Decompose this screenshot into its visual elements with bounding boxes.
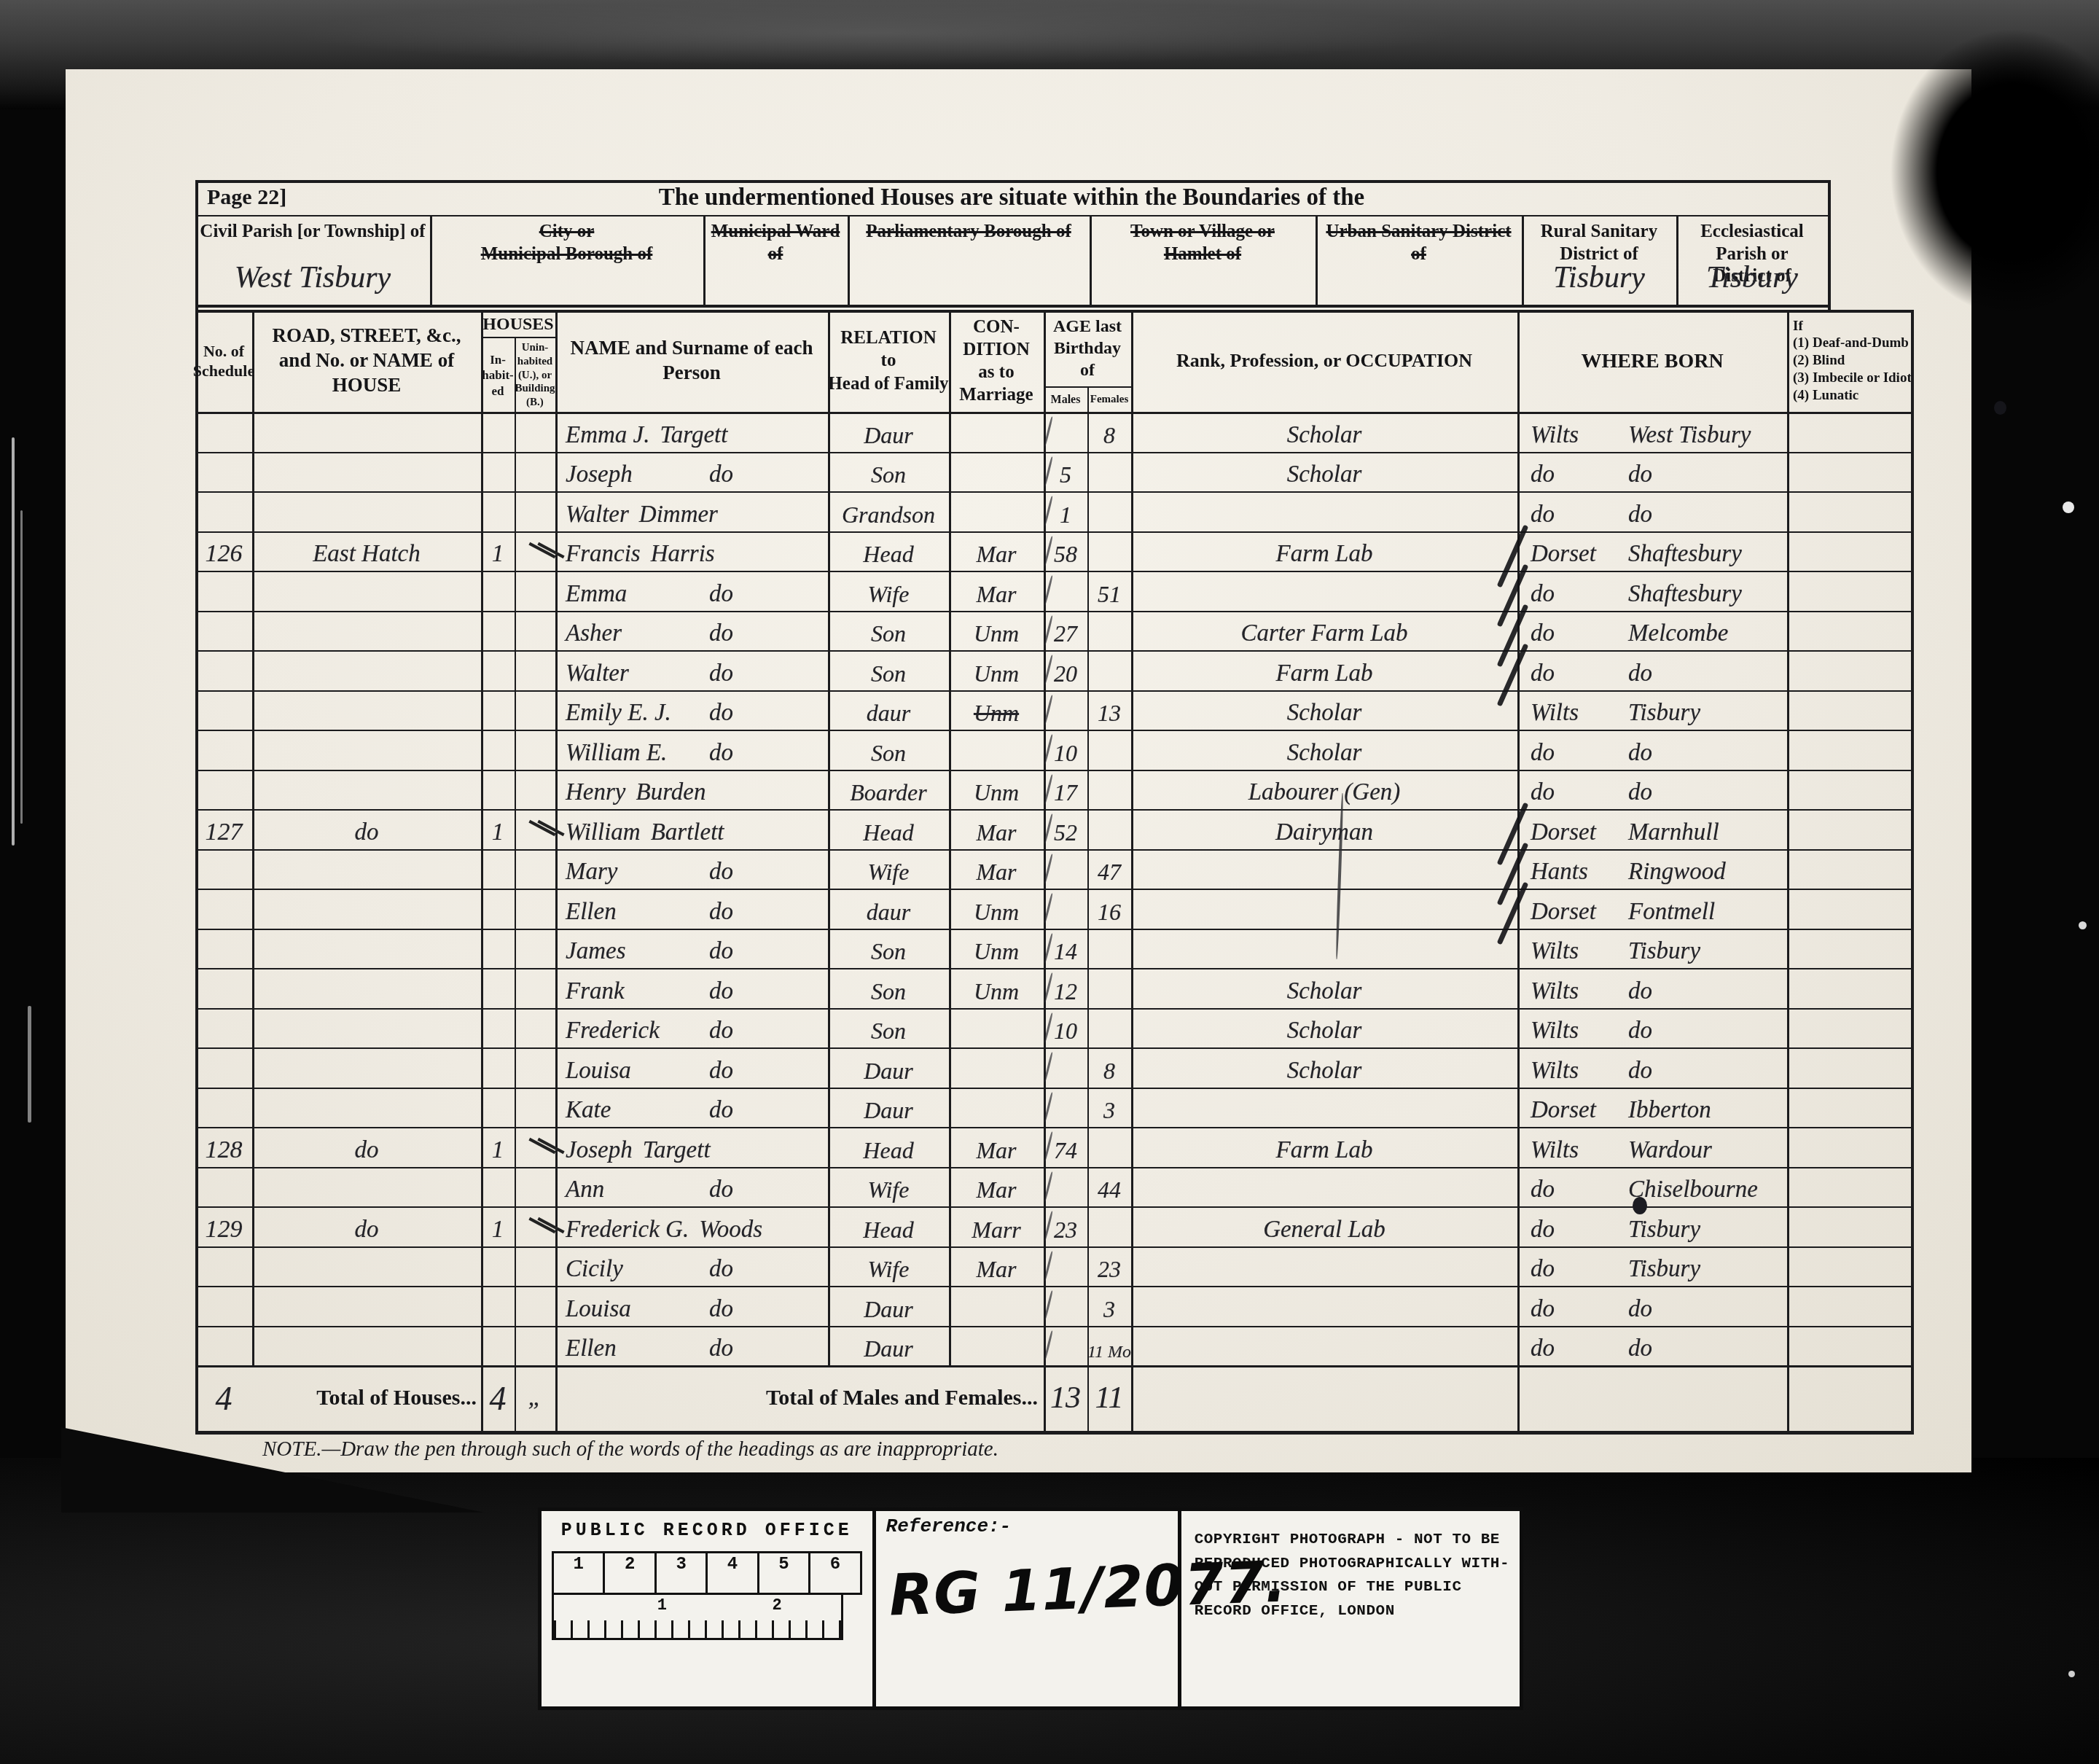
condition-cell-text: Mar (976, 1137, 1016, 1164)
name-given: Ann (566, 1176, 604, 1203)
condition-cell: Mar (949, 809, 1044, 849)
age-female-cell: 51 (1087, 571, 1131, 611)
reference-number: RG 11/2077. (888, 1549, 1288, 1628)
condition-cell-text: Unm (974, 779, 1019, 806)
relation-cell: Wife (828, 571, 949, 611)
name-given: Joseph (566, 461, 633, 488)
age-female-cell-text: 23 (1098, 1256, 1121, 1283)
age-female-cell: 47 (1087, 849, 1131, 889)
inhabited-cell (481, 571, 515, 611)
born-county: do (1531, 1335, 1555, 1362)
schedule-cell (195, 491, 252, 531)
district-box-5: Urban Sanitary District of (1316, 215, 1522, 305)
born-cell: dodo (1517, 491, 1787, 531)
age-female-cell: 8 (1087, 412, 1131, 452)
condition-cell: Mar (949, 1127, 1044, 1167)
born-cell: dodo (1517, 1286, 1787, 1326)
name-given: Emma (566, 581, 627, 608)
born-place: Tisbury (1628, 1217, 1700, 1244)
district-label: Civil Parish [or Township] of (198, 221, 427, 243)
rule-line (195, 305, 1828, 308)
name-surname: do (709, 1256, 733, 1283)
name-cell: Frankdo (555, 968, 828, 1008)
name-cell: Katedo (555, 1088, 828, 1127)
occupation-cell-text: Labourer (Gen) (1248, 779, 1401, 806)
born-county: do (1531, 1176, 1555, 1203)
header-condition: CON- DITION as to Marriage (949, 310, 1044, 412)
born-cell: DorsetFontmell (1517, 889, 1787, 929)
schedule-cell: 127 (195, 809, 252, 849)
born-place: do (1628, 740, 1652, 767)
born-county: Wilts (1531, 1137, 1579, 1164)
occupation-cell-text: Carter Farm Lab (1240, 620, 1407, 647)
road-cell (252, 491, 481, 531)
relation-cell: Daur (828, 1088, 949, 1127)
name-cell: Louisado (555, 1286, 828, 1326)
rule-line (1522, 215, 1524, 305)
condition-cell: Mar (949, 1167, 1044, 1206)
header-occupation-text: Rank, Profession, or OCCUPATION (1176, 349, 1472, 373)
born-place: Shaftesbury (1628, 541, 1742, 568)
occupation-cell (1131, 849, 1517, 889)
road-cell (252, 1246, 481, 1286)
schedule-cell (195, 571, 252, 611)
condition-cell (949, 1286, 1044, 1326)
relation-cell-text: Head (863, 541, 913, 568)
schedule-cell (195, 1167, 252, 1206)
born-cell: Wiltsdo (1517, 968, 1787, 1008)
header-inhabited: In- habit- ed (481, 339, 515, 412)
occupation-cell (1131, 571, 1517, 611)
name-cell: FrancisHarris (555, 531, 828, 571)
district-box-0: Civil Parish [or Township] ofWest Tisbur… (195, 215, 430, 305)
name-given: Ellen (566, 1335, 617, 1362)
relation-cell: Son (828, 968, 949, 1008)
condition-cell-text: Mar (976, 541, 1016, 568)
born-cell: WiltsWest Tisbury (1517, 412, 1787, 452)
name-cell: William E.do (555, 730, 828, 770)
schedule-cell (195, 1008, 252, 1047)
name-cell: Cicilydo (555, 1246, 828, 1286)
road-cell (252, 650, 481, 690)
schedule-cell (195, 889, 252, 929)
age-female-cell (1087, 968, 1131, 1008)
header-road-text: ROAD, STREET, &c., and No. or NAME of HO… (252, 324, 481, 397)
age-female-cell (1087, 611, 1131, 650)
road-cell-text: do (355, 819, 379, 846)
born-cell: doShaftesbury (1517, 571, 1787, 611)
inhabited-cell: 1 (481, 1206, 515, 1246)
name-cell: Emmado (555, 571, 828, 611)
condition-cell-text: Unm (974, 938, 1019, 965)
age-male-cell-text: 23 (1054, 1217, 1077, 1244)
born-place: Marnhull (1628, 819, 1719, 846)
road-cell-text: East Hatch (313, 541, 421, 568)
header-age-text: AGE last Birthday of (1053, 316, 1122, 381)
name-cell: HenryBurden (555, 770, 828, 809)
relation-cell: Head (828, 531, 949, 571)
film-scratch (28, 1006, 31, 1123)
schedule-cell (195, 770, 252, 809)
pro-stamp: PUBLIC RECORD OFFICE 123456 12 Reference… (538, 1507, 1523, 1710)
condition-cell-text: Mar (976, 819, 1016, 846)
name-cell: WalterDimmer (555, 491, 828, 531)
occupation-cell (1131, 1286, 1517, 1326)
relation-cell: daur (828, 889, 949, 929)
occupation-cell-text: Farm Lab (1276, 660, 1373, 687)
relation-cell-text: Wife (868, 1256, 910, 1283)
road-cell (252, 452, 481, 491)
name-given: Louisa (566, 1058, 631, 1085)
occupation-cell-text: General Lab (1263, 1217, 1385, 1244)
occupation-cell: Labourer (Gen) (1131, 770, 1517, 809)
district-label: Parliamentary Borough of (851, 221, 1087, 243)
occupation-cell-text: Scholar (1287, 1058, 1362, 1085)
header-females: Females (1087, 388, 1131, 412)
schedule-cell (195, 650, 252, 690)
born-cell: dodo (1517, 770, 1787, 809)
born-cell: doChiselbourne (1517, 1167, 1787, 1206)
relation-cell-text: Wife (868, 581, 910, 608)
relation-cell: Son (828, 730, 949, 770)
relation-cell-text: daur (867, 700, 910, 727)
name-given: Henry (566, 779, 625, 806)
schedule-cell (195, 1047, 252, 1088)
rule-line (1676, 215, 1678, 305)
inhabited-cell (481, 690, 515, 730)
census-photograph: { "document": { "page_label": "Page 22]"… (0, 0, 2099, 1764)
totals-males: 13 (1044, 1365, 1087, 1431)
copyright-line: COPYRIGHT PHOTOGRAPH - NOT TO BE (1195, 1529, 1509, 1553)
name-given: Emily E. J. (566, 700, 671, 727)
name-given: Frederick G. (566, 1217, 689, 1244)
rule-line (848, 215, 850, 305)
born-cell: doMelcombe (1517, 611, 1787, 650)
born-cell: dodo (1517, 730, 1787, 770)
born-county: Wilts (1531, 1018, 1579, 1045)
inhabited-cell-text: 1 (492, 541, 504, 568)
condition-cell-text: Unm (974, 899, 1019, 926)
relation-cell: daur (828, 690, 949, 730)
inhabited-cell (481, 968, 515, 1008)
schedule-cell-text: 127 (206, 819, 243, 846)
relation-cell-text: Daur (864, 1296, 913, 1323)
rule-line (430, 215, 432, 305)
age-female-cell-text: 16 (1098, 899, 1121, 926)
schedule-cell (195, 611, 252, 650)
name-cell: Marydo (555, 849, 828, 889)
born-place: do (1628, 779, 1652, 806)
occupation-cell-text: Dairyman (1275, 819, 1373, 846)
occupation-cell-text: Farm Lab (1276, 1137, 1373, 1164)
name-cell: Walterdo (555, 650, 828, 690)
condition-cell: Marr (949, 1206, 1044, 1246)
district-label: Urban Sanitary District of (1318, 221, 1519, 265)
age-female-cell (1087, 491, 1131, 531)
relation-cell-text: Son (871, 938, 906, 965)
inhabited-cell: 1 (481, 1127, 515, 1167)
name-surname: do (709, 1176, 733, 1203)
header-occupation: Rank, Profession, or OCCUPATION (1131, 310, 1517, 412)
schedule-cell (195, 1088, 252, 1127)
totals-females: 11 (1087, 1365, 1131, 1431)
occupation-cell-text: Scholar (1287, 461, 1362, 488)
ruler-number-1: 1 (554, 1553, 605, 1593)
age-male-cell-text: 20 (1054, 660, 1077, 687)
condition-cell (949, 452, 1044, 491)
born-cell: dodo (1517, 1326, 1787, 1365)
relation-cell-text: Son (871, 1018, 906, 1045)
header-name: NAME and Surname of each Person (555, 310, 828, 412)
born-cell: Wiltsdo (1517, 1008, 1787, 1047)
district-label: Municipal Ward of (706, 221, 845, 265)
born-county: Wilts (1531, 422, 1579, 449)
age-female-cell (1087, 531, 1131, 571)
born-place: do (1628, 1058, 1652, 1085)
age-female-cell (1087, 770, 1131, 809)
inhabited-cell: 1 (481, 809, 515, 849)
inhabited-cell (481, 1047, 515, 1088)
totals-females-text: 11 (1095, 1381, 1124, 1416)
ruler-number-4: 4 (708, 1553, 759, 1593)
relation-cell: Wife (828, 1246, 949, 1286)
born-cell: dodo (1517, 650, 1787, 690)
relation-cell: Wife (828, 849, 949, 889)
relation-cell-text: Head (863, 819, 913, 846)
name-surname: do (709, 938, 733, 965)
schedule-cell: 126 (195, 531, 252, 571)
name-cell: Emily E. J.do (555, 690, 828, 730)
age-male-cell-text: 52 (1054, 819, 1077, 846)
relation-cell-text: Daur (864, 422, 913, 449)
born-cell: DorsetMarnhull (1517, 809, 1787, 849)
inhabited-cell (481, 452, 515, 491)
born-county: Dorset (1531, 1097, 1596, 1124)
age-female-cell-text: 3 (1103, 1097, 1115, 1124)
relation-cell: Head (828, 1127, 949, 1167)
born-cell: doTisbury (1517, 1206, 1787, 1246)
born-place: Tisbury (1628, 700, 1700, 727)
relation-cell: Daur (828, 1047, 949, 1088)
totals-schedule: 4 (195, 1365, 252, 1431)
name-surname: do (709, 978, 733, 1005)
name-surname: do (709, 461, 733, 488)
district-box-4: Town or Village or Hamlet of (1090, 215, 1316, 305)
born-cell: WiltsTisbury (1517, 690, 1787, 730)
road-cell (252, 1286, 481, 1326)
condition-cell: Unm (949, 611, 1044, 650)
header-males: Males (1044, 388, 1087, 412)
name-surname: do (709, 581, 733, 608)
header-relation: RELATION to Head of Family (828, 310, 949, 412)
age-female-cell-text: 8 (1103, 422, 1115, 449)
occupation-cell-text: Farm Lab (1276, 541, 1373, 568)
name-cell: Louisado (555, 1047, 828, 1088)
name-surname: Burden (636, 779, 705, 806)
name-surname: Dimmer (639, 502, 718, 528)
road-cell: do (252, 809, 481, 849)
age-male-cell-text: 5 (1060, 461, 1071, 488)
age-female-cell (1087, 1008, 1131, 1047)
born-county: Dorset (1531, 541, 1596, 568)
occupation-cell-text: Scholar (1287, 978, 1362, 1005)
inhabited-cell (481, 1326, 515, 1365)
name-cell: Anndo (555, 1167, 828, 1206)
name-given: Emma J. (566, 422, 649, 449)
relation-cell-text: Head (863, 1137, 913, 1164)
pro-stamp-ruler-section: PUBLIC RECORD OFFICE 123456 12 (542, 1511, 876, 1706)
condition-cell-text: Mar (976, 859, 1016, 886)
pro-stamp-reference-section: Reference:- RG 11/2077. (876, 1511, 1181, 1706)
road-cell: do (252, 1127, 481, 1167)
born-place: Shaftesbury (1628, 581, 1742, 608)
road-cell (252, 1008, 481, 1047)
occupation-cell: Scholar (1131, 690, 1517, 730)
age-male-cell-text: 74 (1054, 1137, 1077, 1164)
condition-cell-text: Unm (974, 660, 1019, 687)
born-place: Tisbury (1628, 938, 1700, 965)
road-cell (252, 968, 481, 1008)
age-male-cell-text: 14 (1054, 938, 1077, 965)
relation-cell-text: Wife (868, 859, 910, 886)
inhabited-cell (481, 412, 515, 452)
inhabited-cell-text: 1 (492, 1137, 504, 1164)
totals-houses-value: 4 (481, 1365, 515, 1431)
name-cell: JosephTargett (555, 1127, 828, 1167)
born-county: do (1531, 660, 1555, 687)
born-county: Wilts (1531, 938, 1579, 965)
schedule-cell: 128 (195, 1127, 252, 1167)
road-cell (252, 1326, 481, 1365)
photo-dark-corner (1786, 29, 2099, 437)
age-female-cell (1087, 809, 1131, 849)
ruler-number-5: 5 (759, 1553, 810, 1593)
occupation-cell-text: Scholar (1287, 422, 1362, 449)
name-given: James (566, 938, 625, 965)
occupation-cell (1131, 491, 1517, 531)
occupation-cell (1131, 1088, 1517, 1127)
born-county: do (1531, 581, 1555, 608)
road-cell (252, 611, 481, 650)
rule-line (195, 180, 1828, 183)
condition-cell (949, 491, 1044, 531)
district-value: West Tisbury (195, 260, 430, 295)
inhabited-cell-text: 1 (492, 819, 504, 846)
born-place: Wardour (1628, 1137, 1712, 1164)
inhabited-cell (481, 491, 515, 531)
born-cell: dodo (1517, 452, 1787, 491)
district-value: Tisbury (1522, 260, 1676, 295)
film-scratch (12, 437, 15, 846)
totals-uninhabited-mark-text: „ (528, 1384, 542, 1412)
header-where-born: WHERE BORN (1517, 310, 1787, 412)
born-county: do (1531, 461, 1555, 488)
district-box-6: Rural Sanitary District ofTisbury (1522, 215, 1676, 305)
name-given: William E. (566, 740, 667, 767)
age-female-cell-text: 3 (1103, 1296, 1115, 1323)
name-cell: Josephdo (555, 452, 828, 491)
condition-cell: Mar (949, 571, 1044, 611)
condition-cell (949, 1326, 1044, 1365)
occupation-cell: Scholar (1131, 1047, 1517, 1088)
district-label: Town or Village or Hamlet of (1093, 221, 1313, 265)
condition-cell (949, 412, 1044, 452)
rule-line (1911, 310, 1914, 1435)
condition-cell (949, 1088, 1044, 1127)
born-cell: Wiltsdo (1517, 1047, 1787, 1088)
inhabited-cell (481, 1008, 515, 1047)
occupation-cell: Farm Lab (1131, 1127, 1517, 1167)
condition-cell: Mar (949, 1246, 1044, 1286)
name-surname: do (709, 700, 733, 727)
page-header-band: Page 22]The undermentioned Houses are si… (195, 180, 1828, 215)
age-female-cell: 3 (1087, 1088, 1131, 1127)
occupation-cell: General Lab (1131, 1206, 1517, 1246)
born-county: do (1531, 779, 1555, 806)
schedule-cell (195, 1326, 252, 1365)
age-female-cell: 44 (1087, 1167, 1131, 1206)
film-scratch (20, 510, 23, 824)
relation-cell: Son (828, 650, 949, 690)
relation-cell: Daur (828, 412, 949, 452)
condition-cell-text: Mar (976, 581, 1016, 608)
relation-cell: Son (828, 452, 949, 491)
inhabited-cell (481, 1167, 515, 1206)
relation-cell: Daur (828, 1326, 949, 1365)
name-surname: do (709, 1296, 733, 1323)
born-place: Ibberton (1628, 1097, 1711, 1124)
header-uninhabited-text: Unin- habited (U.), or Building (B.) (515, 341, 555, 410)
district-box-2: Municipal Ward of (703, 215, 848, 305)
district-label: City or Municipal Borough of (433, 221, 700, 265)
condition-cell-text: Marr (972, 1217, 1021, 1244)
age-female-cell (1087, 650, 1131, 690)
name-surname: do (709, 660, 733, 687)
header-uninhabited: Unin- habited (U.), or Building (B.) (515, 339, 555, 412)
ink-blot (1994, 401, 2006, 415)
name-cell: Frederickdo (555, 1008, 828, 1047)
age-female-cell: 3 (1087, 1286, 1131, 1326)
schedule-cell (195, 968, 252, 1008)
born-cell: DorsetShaftesbury (1517, 531, 1787, 571)
name-cell: Emma J.Targett (555, 412, 828, 452)
name-surname: do (709, 620, 733, 647)
page-title: The undermentioned Houses are situate wi… (195, 184, 1828, 211)
age-female-cell-text: 13 (1098, 700, 1121, 727)
occupation-cell: Dairyman (1131, 809, 1517, 849)
age-female-cell: 11 Mo (1087, 1326, 1131, 1365)
ruler-number-2: 2 (772, 1596, 781, 1615)
inhabited-cell (481, 849, 515, 889)
relation-cell: Daur (828, 1286, 949, 1326)
header-relation-text: RELATION to Head of Family (828, 327, 948, 395)
age-female-cell (1087, 929, 1131, 968)
name-surname: do (709, 859, 733, 886)
name-surname: Targett (643, 1137, 711, 1164)
born-place: Tisbury (1628, 1256, 1700, 1283)
age-female-cell-text: 8 (1103, 1058, 1115, 1085)
occupation-cell (1131, 1246, 1517, 1286)
totals-houses-label-text: Total of Houses... (316, 1385, 477, 1412)
district-box-1: City or Municipal Borough of (430, 215, 703, 305)
road-cell: East Hatch (252, 531, 481, 571)
relation-cell-text: Son (871, 978, 906, 1005)
born-place: West Tisbury (1628, 422, 1751, 449)
name-given: Kate (566, 1097, 611, 1124)
name-given: Asher (566, 620, 622, 647)
ruler-inches: 123456 (552, 1551, 862, 1595)
rule-line (703, 215, 705, 305)
